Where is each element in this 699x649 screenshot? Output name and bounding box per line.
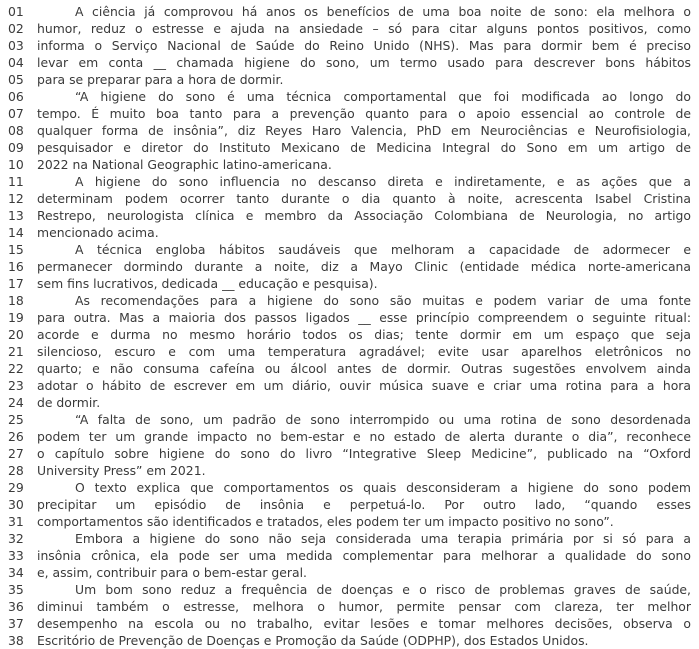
text-line: 01A ciência já comprovou há anos os bene…: [8, 3, 691, 20]
line-text: permanecer dormindo durante a noite, diz…: [37, 258, 691, 275]
line-number: 14: [8, 224, 37, 241]
line-number: 20: [8, 326, 37, 343]
text-line: 05para se preparar para a hora de dormir…: [8, 71, 691, 88]
text-line: 25“A falta de sono, um padrão de sono in…: [8, 411, 691, 428]
text-line: 04levar em conta __ chamada higiene do s…: [8, 54, 691, 71]
line-text: Um bom sono reduz a frequência de doença…: [37, 581, 691, 598]
line-number: 15: [8, 241, 37, 258]
line-number: 18: [8, 292, 37, 309]
text-line: 37desempenho na escola ou no trabalho, e…: [8, 615, 691, 632]
line-text: diminui também o estresse, melhora o hum…: [37, 598, 691, 615]
text-line: 23adotar o hábito de escrever em um diár…: [8, 377, 691, 394]
line-number: 32: [8, 530, 37, 547]
text-lines: 01A ciência já comprovou há anos os bene…: [8, 3, 691, 649]
line-number: 29: [8, 479, 37, 496]
text-line: 14mencionado acima.: [8, 224, 691, 241]
line-text: insônia crônica, ela pode ser uma medida…: [37, 547, 691, 564]
line-number: 25: [8, 411, 37, 428]
line-number: 23: [8, 377, 37, 394]
text-line: 09pesquisador e diretor do Instituto Mex…: [8, 139, 691, 156]
line-text: desempenho na escola ou no trabalho, evi…: [37, 615, 691, 632]
line-number: 04: [8, 54, 37, 71]
line-text: para outra. Mas a maioria dos passos lig…: [37, 309, 691, 326]
line-number: 12: [8, 190, 37, 207]
line-text: levar em conta __ chamada higiene do son…: [37, 54, 691, 71]
line-number: 11: [8, 173, 37, 190]
line-number: 09: [8, 139, 37, 156]
line-number: 05: [8, 71, 37, 88]
text-line: 24de dormir.: [8, 394, 691, 411]
text-line: 13Restrepo, neurologista clínica e membr…: [8, 207, 691, 224]
line-text: humor, reduz o estresse e ajuda na ansie…: [37, 20, 691, 37]
line-number: 08: [8, 122, 37, 139]
line-text: University Press” em 2021.: [37, 462, 691, 479]
text-line: 102022 na National Geographic latino-ame…: [8, 156, 691, 173]
text-line: 07tempo. É muito boa tanto para a preven…: [8, 105, 691, 122]
line-number: 01: [8, 3, 37, 20]
line-text: A ciência já comprovou há anos os benefí…: [37, 3, 691, 20]
text-line: 11A higiene do sono influencia no descan…: [8, 173, 691, 190]
text-line: 33insônia crônica, ela pode ser uma medi…: [8, 547, 691, 564]
text-line: 32Embora a higiene do sono não seja cons…: [8, 530, 691, 547]
text-line: 35Um bom sono reduz a frequência de doen…: [8, 581, 691, 598]
line-text: tempo. É muito boa tanto para a prevençã…: [37, 105, 691, 122]
text-line: 06“A higiene do sono é uma técnica compo…: [8, 88, 691, 105]
text-line: 08qualquer forma de insônia”, diz Reyes …: [8, 122, 691, 139]
text-line: 28University Press” em 2021.: [8, 462, 691, 479]
line-text: Embora a higiene do sono não seja consid…: [37, 530, 691, 547]
text-line: 26podem ter um grande impacto no bem-est…: [8, 428, 691, 445]
line-text: A higiene do sono influencia no descanso…: [37, 173, 691, 190]
line-text: pesquisador e diretor do Instituto Mexic…: [37, 139, 691, 156]
line-text: quarto; e não consuma cafeína ou álcool …: [37, 360, 691, 377]
line-text: A técnica engloba hábitos saudáveis que …: [37, 241, 691, 258]
text-line: 18As recomendações para a higiene do son…: [8, 292, 691, 309]
line-text: determinam podem ocorrer tanto durante o…: [37, 190, 691, 207]
line-number: 03: [8, 37, 37, 54]
line-number: 30: [8, 496, 37, 513]
line-number: 06: [8, 88, 37, 105]
text-line: 15A técnica engloba hábitos saudáveis qu…: [8, 241, 691, 258]
line-text: informa o Serviço Nacional de Saúde do R…: [37, 37, 691, 54]
line-number: 19: [8, 309, 37, 326]
line-text: 2022 na National Geographic latino-ameri…: [37, 156, 691, 173]
text-line: 17sem fins lucrativos, dedicada __ educa…: [8, 275, 691, 292]
line-number: 16: [8, 258, 37, 275]
line-number: 38: [8, 632, 37, 649]
text-line: 12determinam podem ocorrer tanto durante…: [8, 190, 691, 207]
line-number: 22: [8, 360, 37, 377]
line-text: “A falta de sono, um padrão de sono inte…: [37, 411, 691, 428]
line-text: adotar o hábito de escrever em um diário…: [37, 377, 691, 394]
line-text: comportamentos são identificados e trata…: [37, 513, 691, 530]
line-text: Restrepo, neurologista clínica e membro …: [37, 207, 691, 224]
text-line: 19para outra. Mas a maioria dos passos l…: [8, 309, 691, 326]
line-number: 34: [8, 564, 37, 581]
line-text: precipitar um episódio de insônia e perp…: [37, 496, 691, 513]
line-number: 33: [8, 547, 37, 564]
text-line: 02humor, reduz o estresse e ajuda na ans…: [8, 20, 691, 37]
text-line: 34e, assim, contribuir para o bem-estar …: [8, 564, 691, 581]
text-line: 31comportamentos são identificados e tra…: [8, 513, 691, 530]
text-line: 22quarto; e não consuma cafeína ou álcoo…: [8, 360, 691, 377]
line-number: 37: [8, 615, 37, 632]
text-line: 36diminui também o estresse, melhora o h…: [8, 598, 691, 615]
line-number: 28: [8, 462, 37, 479]
line-text: qualquer forma de insônia”, diz Reyes Ha…: [37, 122, 691, 139]
document-page: 01A ciência já comprovou há anos os bene…: [0, 0, 699, 649]
text-line: 20acorde e durma no mesmo horário todos …: [8, 326, 691, 343]
line-text: acorde e durma no mesmo horário todos os…: [37, 326, 691, 343]
text-line: 30precipitar um episódio de insônia e pe…: [8, 496, 691, 513]
line-text: Escritório de Prevenção de Doenças e Pro…: [37, 632, 691, 649]
line-number: 26: [8, 428, 37, 445]
line-text: para se preparar para a hora de dormir.: [37, 71, 691, 88]
text-line: 21silencioso, escuro e com uma temperatu…: [8, 343, 691, 360]
line-number: 24: [8, 394, 37, 411]
line-text: podem ter um grande impacto no bem-estar…: [37, 428, 691, 445]
text-line: 03informa o Serviço Nacional de Saúde do…: [8, 37, 691, 54]
line-text: “A higiene do sono é uma técnica comport…: [37, 88, 691, 105]
line-text: de dormir.: [37, 394, 691, 411]
text-line: 27o capítulo sobre higiene do sono do li…: [8, 445, 691, 462]
line-number: 07: [8, 105, 37, 122]
line-text: mencionado acima.: [37, 224, 691, 241]
line-number: 13: [8, 207, 37, 224]
line-number: 36: [8, 598, 37, 615]
line-number: 31: [8, 513, 37, 530]
line-number: 17: [8, 275, 37, 292]
line-number: 21: [8, 343, 37, 360]
line-number: 35: [8, 581, 37, 598]
text-line: 16permanecer dormindo durante a noite, d…: [8, 258, 691, 275]
line-text: As recomendações para a higiene do sono …: [37, 292, 691, 309]
line-number: 27: [8, 445, 37, 462]
text-line: 29O texto explica que comportamentos os …: [8, 479, 691, 496]
line-number: 10: [8, 156, 37, 173]
line-text: e, assim, contribuir para o bem-estar ge…: [37, 564, 691, 581]
line-text: o capítulo sobre higiene do sono do livr…: [37, 445, 691, 462]
line-text: silencioso, escuro e com uma temperatura…: [37, 343, 691, 360]
text-line: 38Escritório de Prevenção de Doenças e P…: [8, 632, 691, 649]
line-number: 02: [8, 20, 37, 37]
line-text: O texto explica que comportamentos os qu…: [37, 479, 691, 496]
line-text: sem fins lucrativos, dedicada __ educaçã…: [37, 275, 691, 292]
